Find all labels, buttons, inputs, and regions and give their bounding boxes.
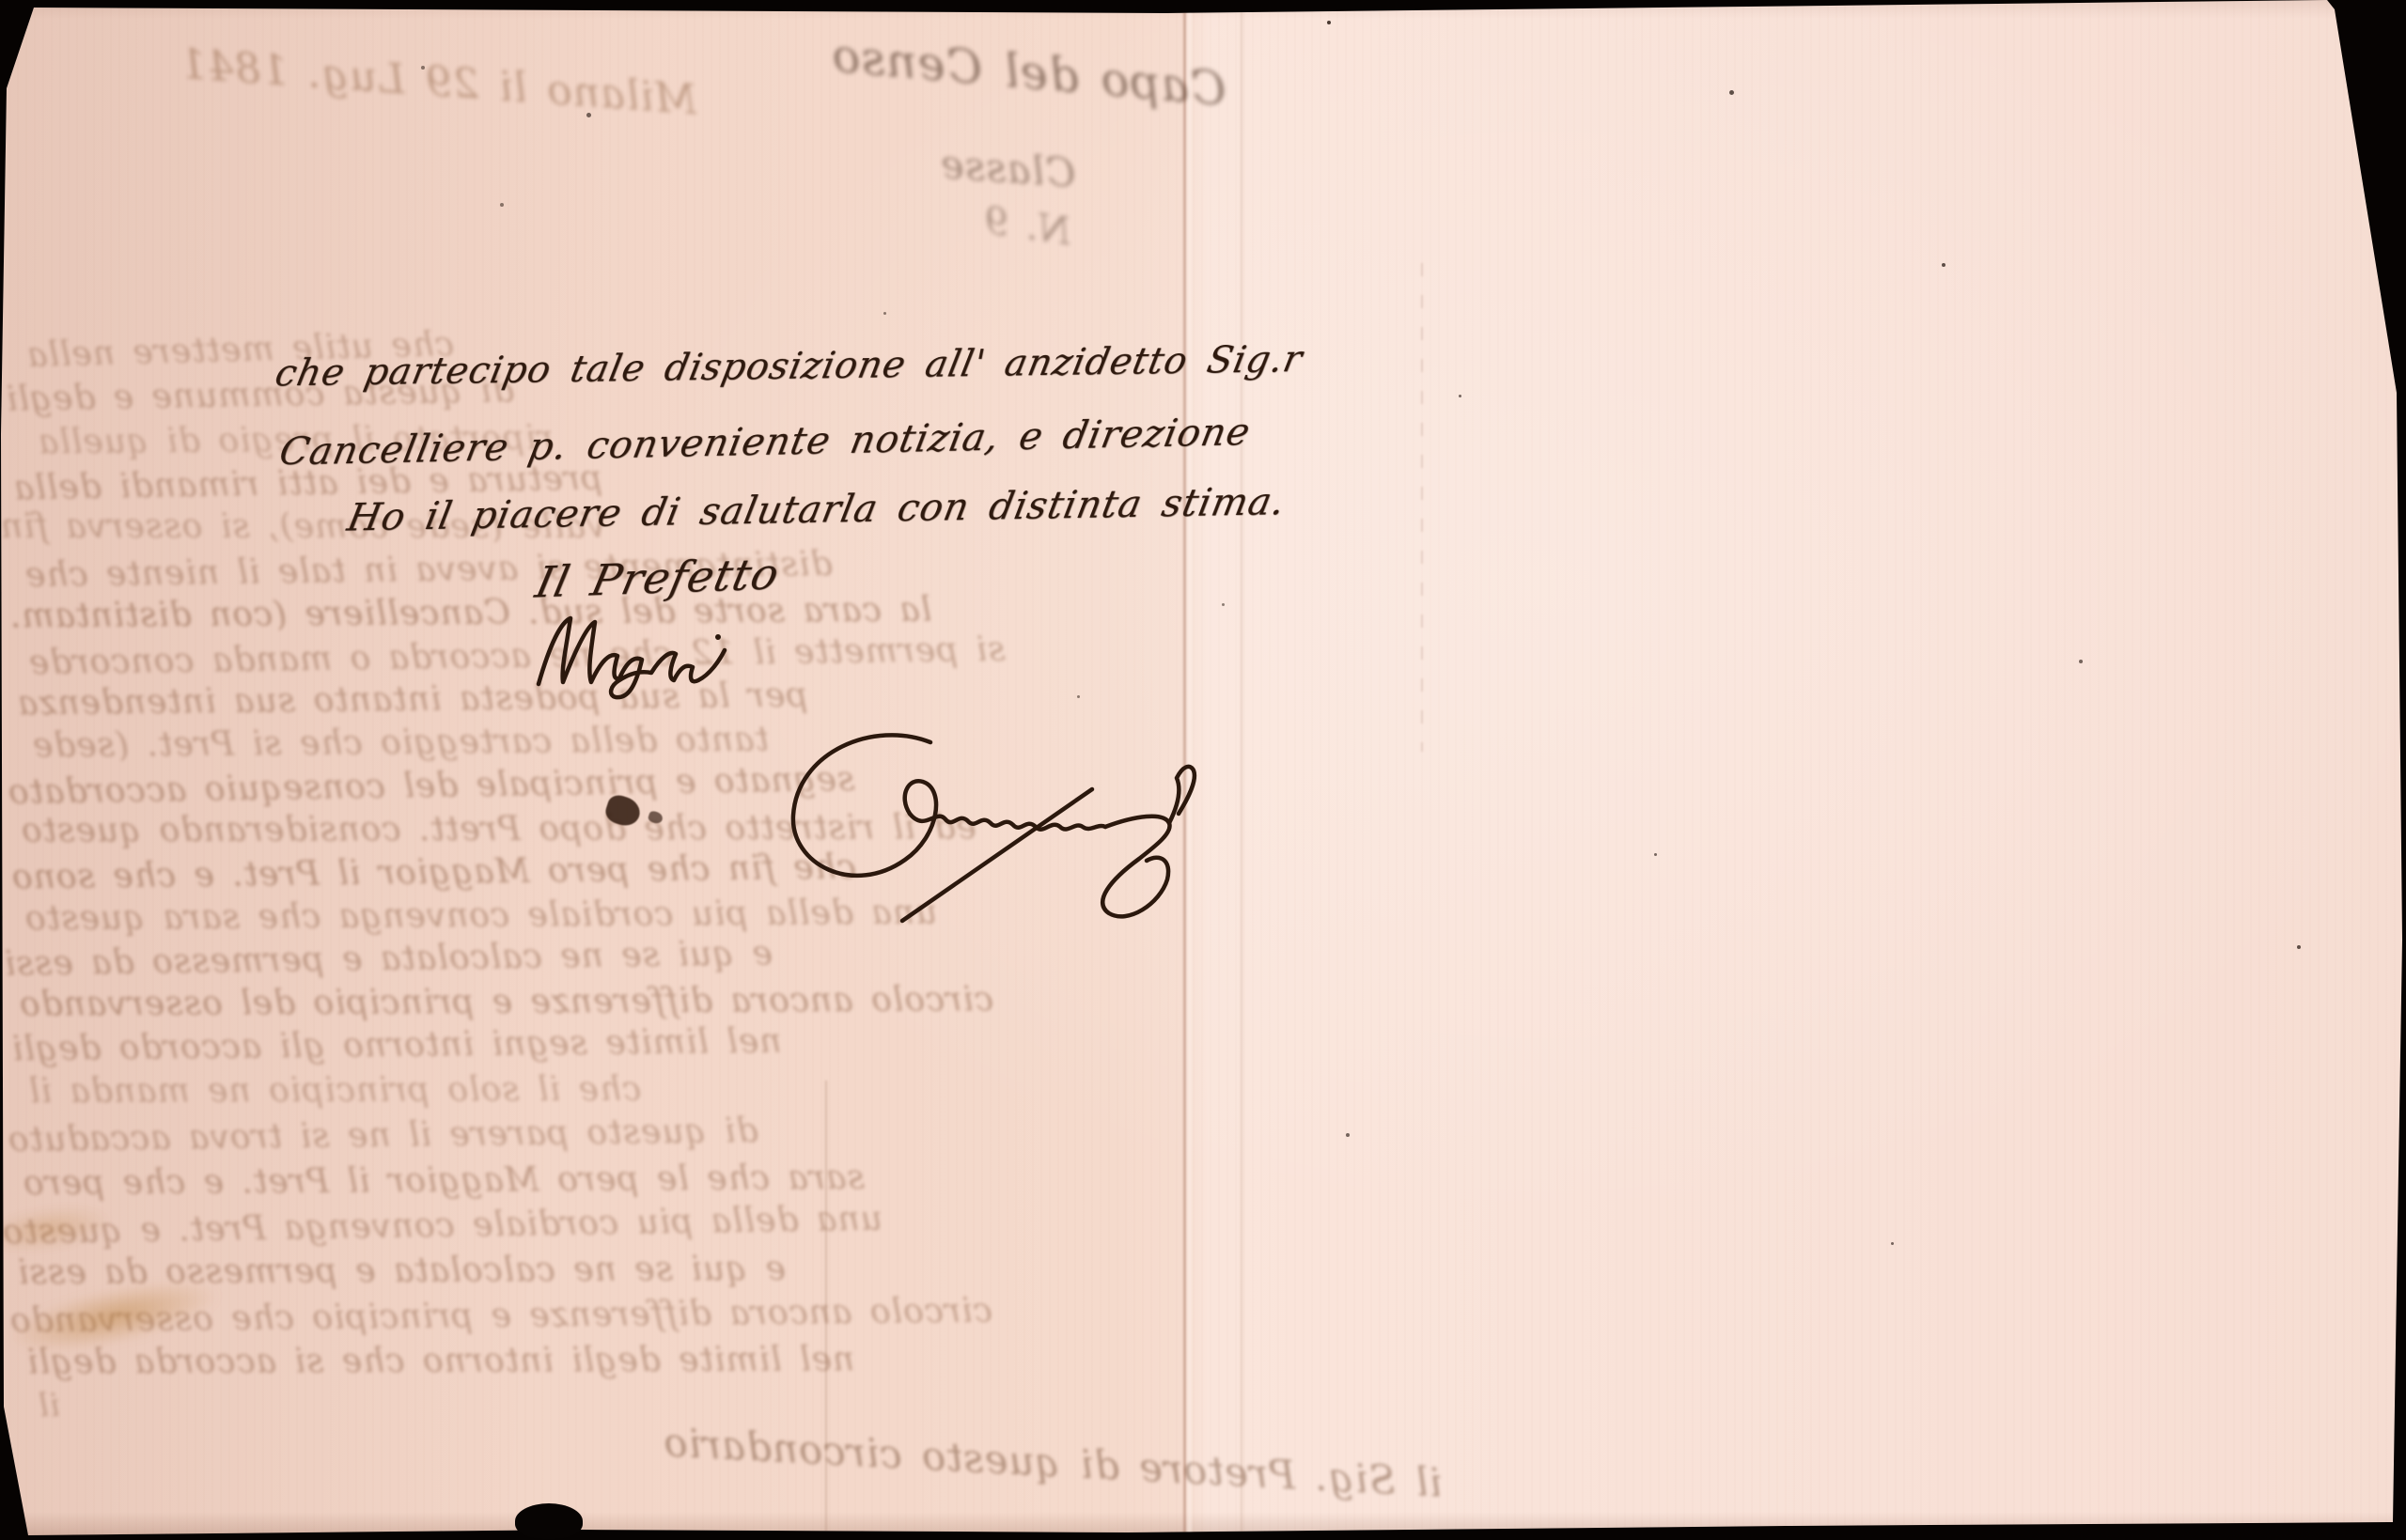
dust-speck: [1077, 695, 1080, 698]
bleedthrough-line: che fin che pero Maggior il Pret. e che …: [11, 848, 856, 897]
ink-blot: [648, 810, 664, 825]
dust-speck: [2297, 945, 2301, 949]
ink-blot: [602, 792, 644, 830]
dust-speck: [1346, 1133, 1350, 1137]
bleedthrough-line: sara che le pero Maggior il Pret. e che …: [23, 1159, 865, 1203]
signature-stroke: [910, 814, 1105, 830]
bleedthrough-line: e qui se ne calcolata e permesso da essi: [4, 934, 773, 983]
dust-speck: [1459, 395, 1461, 397]
signature-stroke: [539, 618, 725, 697]
bleedthrough-line: Milano li 29 Lug. 1841: [178, 40, 698, 124]
bleedthrough-line: il Sig. Pretore di questo circondario: [662, 1419, 1443, 1505]
bleedthrough-line: che il solo principio ne manda il: [28, 1070, 641, 1111]
paper-crease: [825, 1081, 827, 1540]
bleedthrough-line: segnato e principale del consequio accor…: [8, 760, 855, 812]
bleedthrough-line: il: [38, 1387, 60, 1424]
bleedthrough-line: si permette il 12 che ne accorda o manda…: [28, 630, 1006, 683]
paper-stain: [2, 1268, 225, 1366]
dust-speck: [1327, 21, 1331, 24]
letter-body-line-1: che partecipo tale disposizione all' anz…: [272, 338, 1306, 395]
signature-ink-dot: [715, 634, 721, 640]
signature-prefect-flourish: [531, 611, 738, 700]
signature-stroke: [1102, 817, 1169, 917]
bleedthrough-line: nel limite degli intorno che si accorda …: [26, 1340, 854, 1381]
dust-speck: [586, 113, 591, 117]
letter-closing-line: Ho il piacere di salutarla con distinta …: [344, 480, 1289, 539]
bleedthrough-date-area: Milano li 29 Lug. 1841: [0, 0, 2406, 1540]
dust-speck: [1891, 1242, 1894, 1245]
dust-speck: [883, 312, 886, 315]
bleedthrough-line: una della piu cordiale convenga Pret. e …: [2, 1200, 883, 1252]
bleedthrough-line: nel limite segni intorno gli accordo deg…: [11, 1022, 782, 1069]
signature-stroke: [793, 735, 936, 876]
dust-speck: [1729, 90, 1734, 95]
clip-bump: [515, 1503, 583, 1539]
paper-shading: [0, 0, 2406, 1540]
bleedthrough-line: la cara sorte del sud. Cancelliere (con …: [9, 591, 932, 636]
paper-stain: [0, 1199, 115, 1258]
bleedthrough-header-area: Capo del CensoClasseN. 9: [0, 0, 2406, 1540]
signature-stroke: [902, 789, 1092, 921]
letter-paper: Milano li 29 Lug. 1841 Capo del CensoCla…: [0, 0, 2406, 1540]
dust-speck: [2079, 660, 2083, 663]
photo-background: Milano li 29 Lug. 1841 Capo del CensoCla…: [0, 0, 2406, 1540]
signature-stroke: [1169, 767, 1195, 823]
bleedthrough-text-block: che utile mettere nelladi questa commune…: [0, 0, 2406, 1540]
bleedthrough-line: circolo ancora differenze e principio de…: [19, 980, 993, 1023]
dust-speck: [1654, 853, 1657, 856]
bleedthrough-line: tanto della carteggio che si Pret. (sede: [32, 721, 769, 766]
prefect-title-line: Il Prefetto: [531, 549, 784, 608]
bleedthrough-line: Classe: [938, 141, 1077, 196]
dust-speck: [1942, 263, 1945, 267]
dust-speck: [1222, 603, 1225, 606]
bleedthrough-line: di questo parere il ne si trova accaduto: [8, 1112, 758, 1159]
dust-speck: [500, 203, 504, 207]
paper-crease: [1421, 263, 1423, 752]
signature-countersign-flourish: [752, 725, 1203, 927]
dust-speck: [421, 66, 425, 70]
paper-crease: [1241, 0, 1242, 1540]
bleedthrough-line: N. 9: [980, 199, 1073, 255]
bleedthrough-address-line: il Sig. Pretore di questo circondario: [0, 0, 2406, 1540]
letter-body-line-2: Cancelliere p. conveniente notizia, e di…: [275, 411, 1254, 474]
bleedthrough-line: Capo del Censo: [829, 28, 1228, 117]
